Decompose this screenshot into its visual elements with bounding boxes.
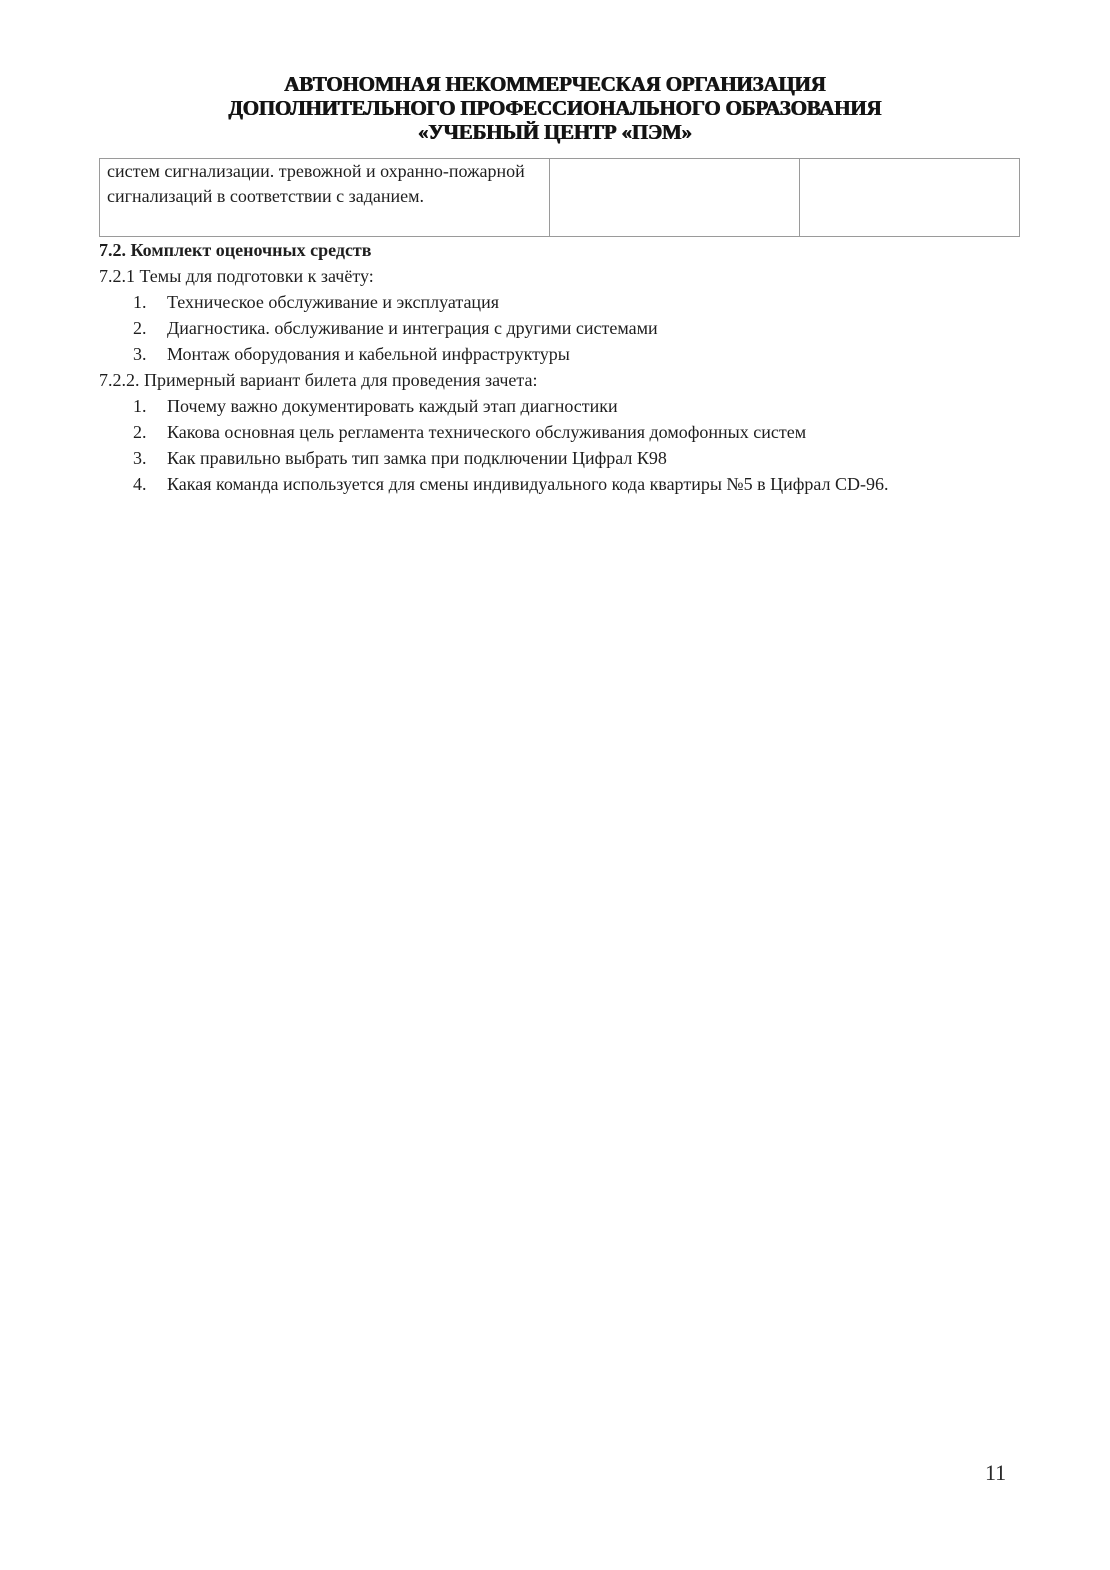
ticket-title: 7.2.2. Примерный вариант билета для пров… — [99, 367, 1019, 393]
header-line-center-name: «УЧЕБНЫЙ ЦЕНТР «ПЭМ» — [0, 120, 1110, 144]
table-cell-empty — [800, 159, 1020, 237]
table-cell-description: систем сигнализации. тревожной и охранно… — [100, 159, 550, 237]
page-number: 11 — [985, 1460, 1006, 1486]
list-number: 1. — [133, 393, 147, 419]
assessment-section: 7.2. Комплект оценочных средств 7.2.1 Те… — [99, 237, 1019, 497]
list-text: Техническое обслуживание и эксплуатация — [167, 292, 499, 312]
list-item: 4.Какая команда используется для смены и… — [99, 471, 1019, 497]
list-number: 2. — [133, 419, 147, 445]
list-number: 1. — [133, 289, 147, 315]
table-cell-empty — [550, 159, 800, 237]
header-line-education: ДОПОЛНИТЕЛЬНОГО ПРОФЕССИОНАЛЬНОГО ОБРАЗО… — [0, 96, 1110, 120]
topics-list: 1.Техническое обслуживание и эксплуатаци… — [99, 289, 1019, 367]
list-number: 3. — [133, 445, 147, 471]
header-line-organization: АВТОНОМНАЯ НЕКОММЕРЧЕСКАЯ ОРГАНИЗАЦИЯ — [0, 72, 1110, 96]
questions-list: 1.Почему важно документировать каждый эт… — [99, 393, 1019, 497]
list-item: 2.Какова основная цель регламента технич… — [99, 419, 1019, 445]
table-row: систем сигнализации. тревожной и охранно… — [100, 159, 1020, 237]
list-text: Какая команда используется для смены инд… — [167, 474, 889, 494]
list-text: Какова основная цель регламента техничес… — [167, 422, 806, 442]
list-item: 3.Монтаж оборудования и кабельной инфрас… — [99, 341, 1019, 367]
list-number: 2. — [133, 315, 147, 341]
list-item: 2.Диагностика. обслуживание и интеграция… — [99, 315, 1019, 341]
list-text: Монтаж оборудования и кабельной инфрастр… — [167, 344, 570, 364]
competency-table: систем сигнализации. тревожной и охранно… — [99, 158, 1020, 237]
document-header: АВТОНОМНАЯ НЕКОММЕРЧЕСКАЯ ОРГАНИЗАЦИЯ ДО… — [0, 72, 1110, 144]
list-number: 3. — [133, 341, 147, 367]
list-text: Почему важно документировать каждый этап… — [167, 396, 618, 416]
list-text: Как правильно выбрать тип замка при подк… — [167, 448, 667, 468]
list-item: 1.Почему важно документировать каждый эт… — [99, 393, 1019, 419]
list-item: 3.Как правильно выбрать тип замка при по… — [99, 445, 1019, 471]
list-number: 4. — [133, 471, 147, 497]
list-text: Диагностика. обслуживание и интеграция с… — [167, 318, 658, 338]
list-item: 1.Техническое обслуживание и эксплуатаци… — [99, 289, 1019, 315]
section-heading: 7.2. Комплект оценочных средств — [99, 237, 1019, 263]
topics-title: 7.2.1 Темы для подготовки к зачёту: — [99, 263, 1019, 289]
